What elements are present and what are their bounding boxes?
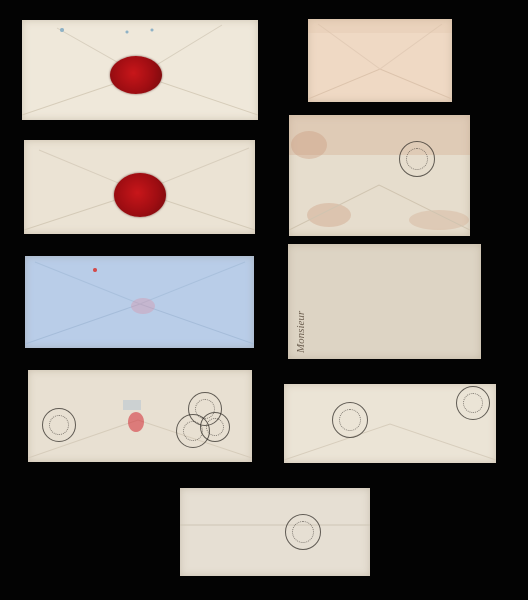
envelope-postmarked-1 xyxy=(28,370,252,462)
envelope-flap-lines xyxy=(25,256,254,348)
circular-postmark xyxy=(456,386,490,420)
envelope-with-wax-seal-1 xyxy=(22,20,258,120)
red-wax-seal xyxy=(114,173,166,217)
fold-line xyxy=(180,488,370,576)
envelope-flap-lines xyxy=(308,19,452,102)
envelope-foxed xyxy=(289,115,470,236)
envelope-blue xyxy=(25,256,254,348)
circular-postmark xyxy=(285,514,321,550)
circular-postmark xyxy=(399,141,435,177)
circular-postmark xyxy=(42,408,76,442)
folded-letter-postmarked xyxy=(180,488,370,576)
envelope-stains xyxy=(289,115,470,236)
circular-postmark xyxy=(200,412,230,442)
circular-postmark xyxy=(332,402,368,438)
envelope-with-wax-seal-2 xyxy=(24,140,255,234)
red-wax-seal xyxy=(110,56,162,94)
envelope-pink xyxy=(308,19,452,102)
cursive-handwriting: Monsieur xyxy=(294,250,475,353)
handwritten-letter: Monsieur xyxy=(288,244,481,359)
envelope-postmarked-2 xyxy=(284,384,496,463)
